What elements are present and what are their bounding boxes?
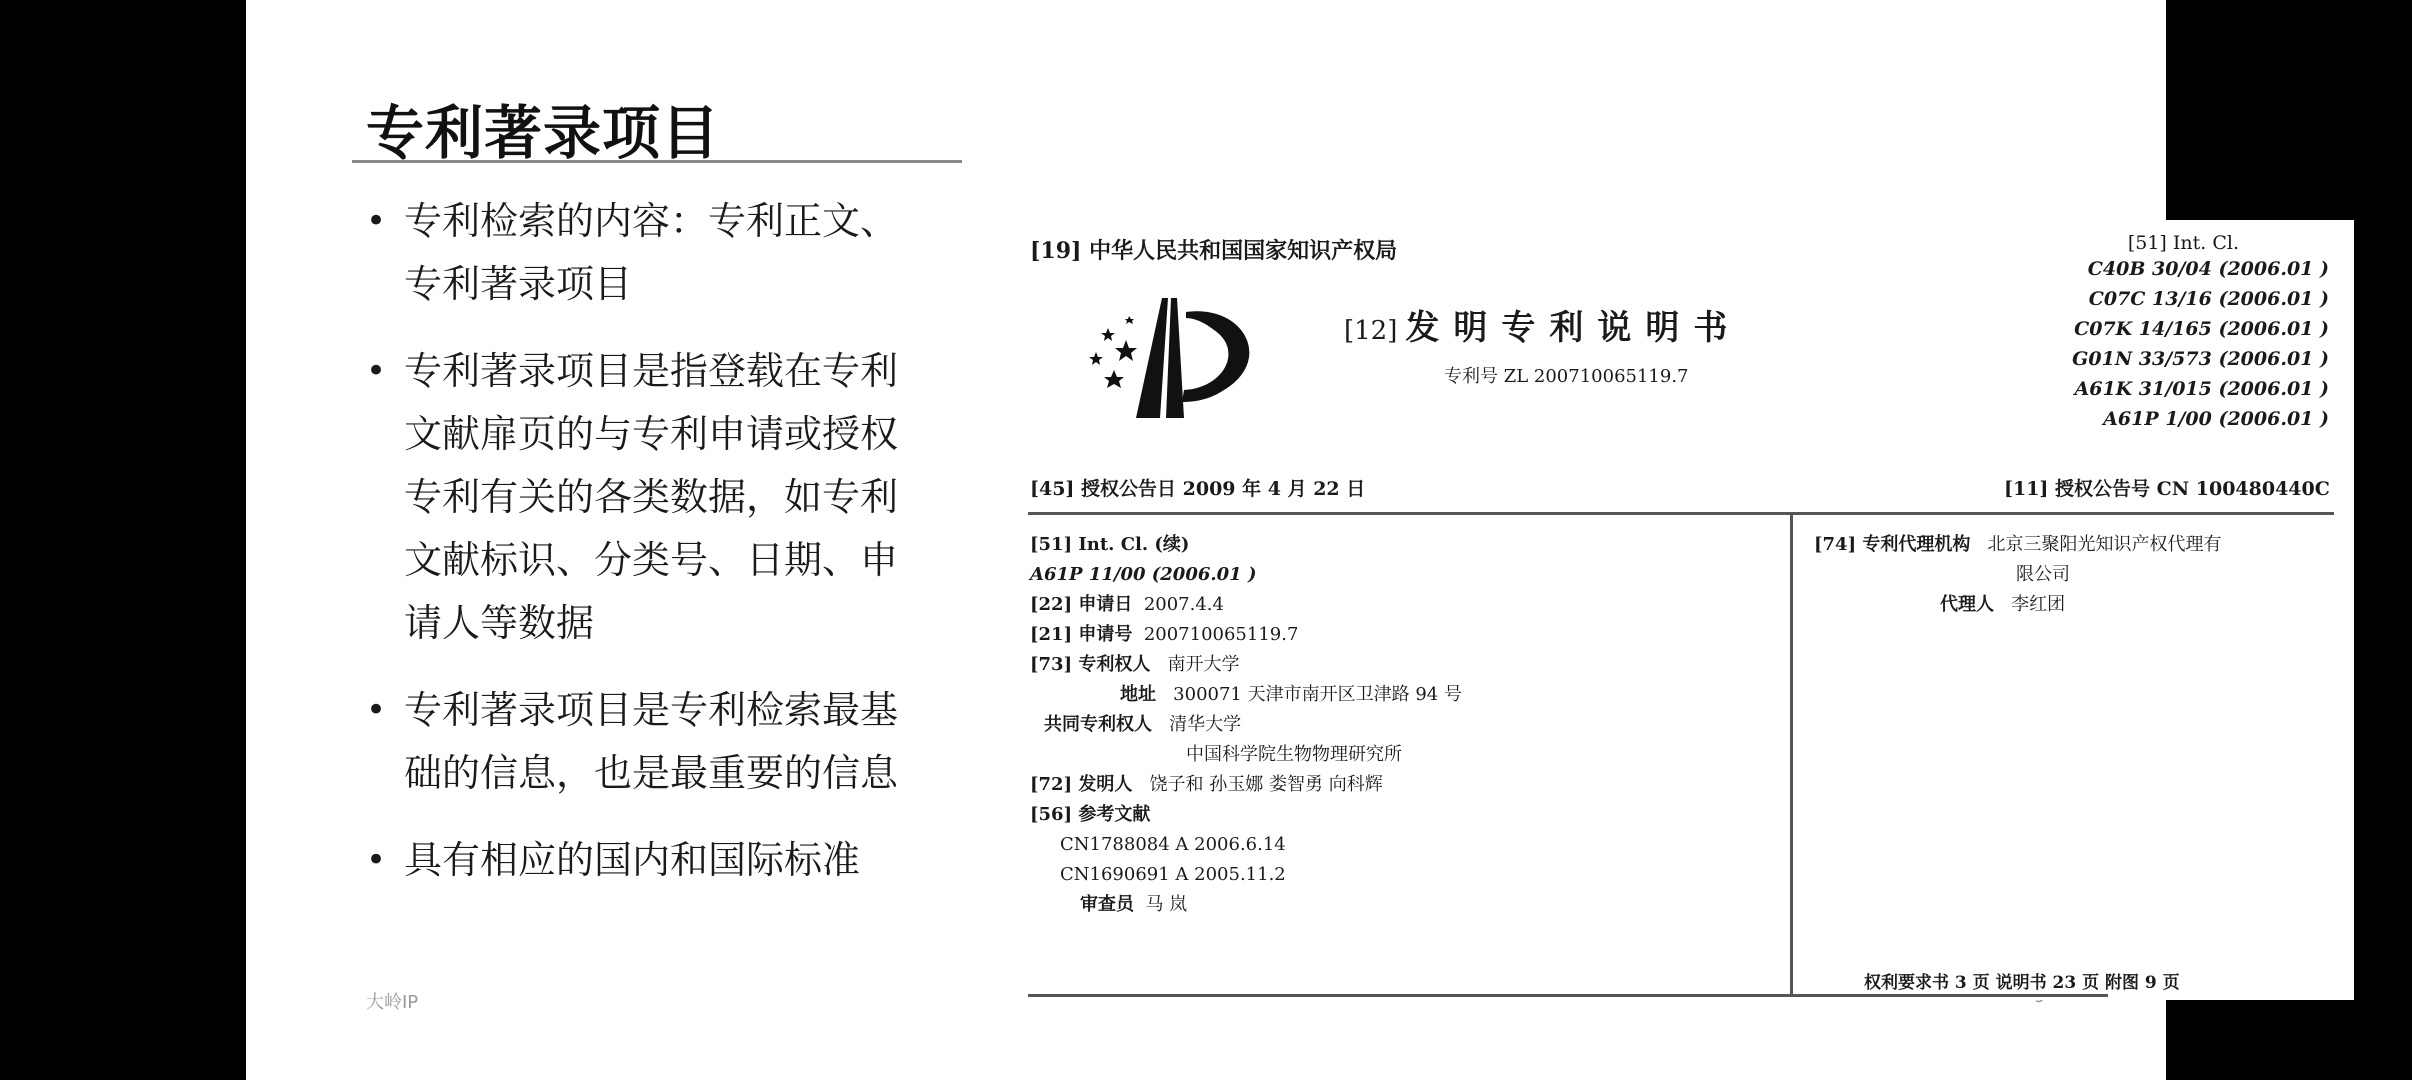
bullet-text: 专利著录项目是专利检索最基 bbox=[404, 679, 926, 742]
bullet-text: 础的信息，也是最重要的信息 bbox=[404, 742, 926, 805]
examiner-label: 审查员 bbox=[1080, 890, 1134, 920]
ipc-row: C40B 30/04 (2006.01 ) bbox=[1909, 254, 2329, 284]
address-label: 地址 bbox=[1120, 680, 1156, 710]
ipc-cont-header: [51] Int. Cl. (续) bbox=[1030, 530, 1189, 560]
bullet-text: 专利检索的内容：专利正文、 bbox=[404, 190, 926, 253]
agent-label: 代理人 bbox=[1940, 594, 1994, 615]
agency-label: [74] 专利代理机构 bbox=[1814, 534, 1970, 555]
bullet-text: 专利有关的各类数据，如专利 bbox=[404, 466, 926, 529]
ipc-row: A61P 1/00 (2006.01 ) bbox=[1909, 404, 2329, 434]
document-type: [12]发明专利说明书 bbox=[1344, 300, 1741, 349]
bullet-icon: • bbox=[366, 190, 386, 253]
bullet-icon: • bbox=[366, 829, 386, 892]
agency-value-cont: 限公司 bbox=[1814, 560, 2222, 590]
grant-date: [45] 授权公告日 2009 年 4 月 22 日 bbox=[1030, 474, 1365, 501]
issuing-office: [19] 中华人民共和国国家知识产权局 bbox=[1030, 234, 1397, 265]
ipc-row: C07K 14/165 (2006.01 ) bbox=[1909, 314, 2329, 344]
agent-row: 代理人 李红团 bbox=[1814, 590, 2222, 620]
ipc-classification: [51] Int. Cl. C40B 30/04 (2006.01 ) C07C… bbox=[1909, 232, 2329, 434]
application-no-row: [21] 申请号 200710065119.7 bbox=[1030, 620, 1462, 650]
examiner-value: 马 岚 bbox=[1145, 894, 1187, 915]
agency-data: [74] 专利代理机构 北京三聚阳光知识产权代理有 限公司 代理人 李红团 bbox=[1814, 530, 2222, 620]
filing-date-row: [22] 申请日 2007.4.4 bbox=[1030, 590, 1462, 620]
inventors-row: [72] 发明人 饶子和 孙玉娜 娄智勇 向科辉 bbox=[1030, 770, 1462, 800]
ipc-header: [51] Int. Cl. bbox=[1909, 232, 2329, 254]
co-patentee-value: 清华大学 bbox=[1169, 714, 1241, 735]
reference-item: CN1690691 A 2005.11.2 bbox=[1030, 860, 1462, 890]
agent-value: 李红团 bbox=[2011, 594, 2065, 615]
application-no-label: [21] 申请号 bbox=[1030, 620, 1132, 650]
cnipa-logo-icon bbox=[1074, 290, 1264, 420]
doc-type-code: [12] bbox=[1344, 316, 1397, 346]
column-divider bbox=[1790, 514, 1793, 996]
agency-value: 北京三聚阳光知识产权代理有 bbox=[1988, 534, 2222, 555]
ipc-cont-value: A61P 11/00 (2006.01 ) bbox=[1030, 560, 1462, 590]
bullet-item: • 专利著录项目是专利检索最基 础的信息，也是最重要的信息 bbox=[366, 679, 926, 805]
address-value: 300071 天津市南开区卫津路 94 号 bbox=[1173, 684, 1462, 705]
co-patentee-label: 共同专利权人 bbox=[1044, 710, 1152, 740]
bibliographic-data: [51] Int. Cl. (续) A61P 11/00 (2006.01 ) … bbox=[1030, 530, 1462, 920]
agency-row: [74] 专利代理机构 北京三聚阳光知识产权代理有 bbox=[1814, 530, 2222, 560]
bullet-text: 文献标识、分类号、日期、申 bbox=[404, 529, 926, 592]
doc-type-title: 发明专利说明书 bbox=[1405, 308, 1741, 348]
co-patentee-value: 中国科学院生物物理研究所 bbox=[1186, 744, 1402, 765]
bullet-text: 专利著录项目 bbox=[404, 253, 926, 316]
reference-item: CN1788084 A 2006.6.14 bbox=[1030, 830, 1462, 860]
address-row: 地址 300071 天津市南开区卫津路 94 号 bbox=[1030, 680, 1462, 710]
co-patentee-row: 共同专利权人 清华大学 bbox=[1030, 710, 1462, 740]
bullet-icon: • bbox=[366, 679, 386, 742]
bullet-item: • 专利著录项目是指登载在专利 文献扉页的与专利申请或授权 专利有关的各类数据，… bbox=[366, 340, 926, 655]
divider-bottom bbox=[1028, 994, 2108, 997]
footer-brand: 大岭IP bbox=[366, 988, 418, 1014]
patent-number: 专利号 ZL 200710065119.7 bbox=[1444, 362, 1689, 388]
references-label: [56] 参考文献 bbox=[1030, 800, 1150, 830]
inventors-value: 饶子和 孙玉娜 娄智勇 向科辉 bbox=[1150, 774, 1383, 795]
bullet-text: 具有相应的国内和国际标准 bbox=[404, 829, 926, 892]
examiner-row: 审查员 马 岚 bbox=[1030, 890, 1462, 920]
title-divider bbox=[352, 160, 962, 163]
divider-top-right bbox=[2034, 512, 2334, 515]
patent-front-page: [19] 中华人民共和国国家知识产权局 [12]发明专利说明书 专利号 ZL 2… bbox=[1014, 220, 2354, 1000]
bullet-icon: • bbox=[366, 340, 386, 403]
bullet-item: • 具有相应的国内和国际标准 bbox=[366, 829, 926, 892]
bullet-text: 请人等数据 bbox=[404, 592, 926, 655]
slide-title: 专利著录项目 bbox=[366, 86, 720, 170]
bullet-text: 专利著录项目是指登载在专利 bbox=[404, 340, 926, 403]
patentee-label: [73] 专利权人 bbox=[1030, 650, 1150, 680]
inventors-label: [72] 发明人 bbox=[1030, 770, 1132, 800]
ipc-row: G01N 33/573 (2006.01 ) bbox=[1909, 344, 2329, 374]
patentee-row: [73] 专利权人 南开大学 bbox=[1030, 650, 1462, 680]
application-no-value: 200710065119.7 bbox=[1144, 624, 1299, 645]
filing-date-value: 2007.4.4 bbox=[1144, 594, 1224, 615]
patentee-value: 南开大学 bbox=[1168, 654, 1240, 675]
co-patentee-row-2: 中国科学院生物物理研究所 bbox=[1030, 740, 1462, 770]
divider-top-left bbox=[1028, 512, 2128, 515]
bullet-text: 文献扉页的与专利申请或授权 bbox=[404, 403, 926, 466]
ipc-row: A61K 31/015 (2006.01 ) bbox=[1909, 374, 2329, 404]
filing-date-label: [22] 申请日 bbox=[1030, 590, 1132, 620]
bullet-list: • 专利检索的内容：专利正文、 专利著录项目 • 专利著录项目是指登载在专利 文… bbox=[366, 190, 926, 916]
pages-summary: 权利要求书 3 页 说明书 23 页 附图 9 页 bbox=[1864, 968, 2180, 993]
bullet-item: • 专利检索的内容：专利正文、 专利著录项目 bbox=[366, 190, 926, 316]
slide: 专利著录项目 • 专利检索的内容：专利正文、 专利著录项目 • 专利著录项目是指… bbox=[246, 0, 2166, 1080]
grant-number: [11] 授权公告号 CN 100480440C bbox=[2004, 474, 2330, 501]
ipc-row: C07C 13/16 (2006.01 ) bbox=[1909, 284, 2329, 314]
